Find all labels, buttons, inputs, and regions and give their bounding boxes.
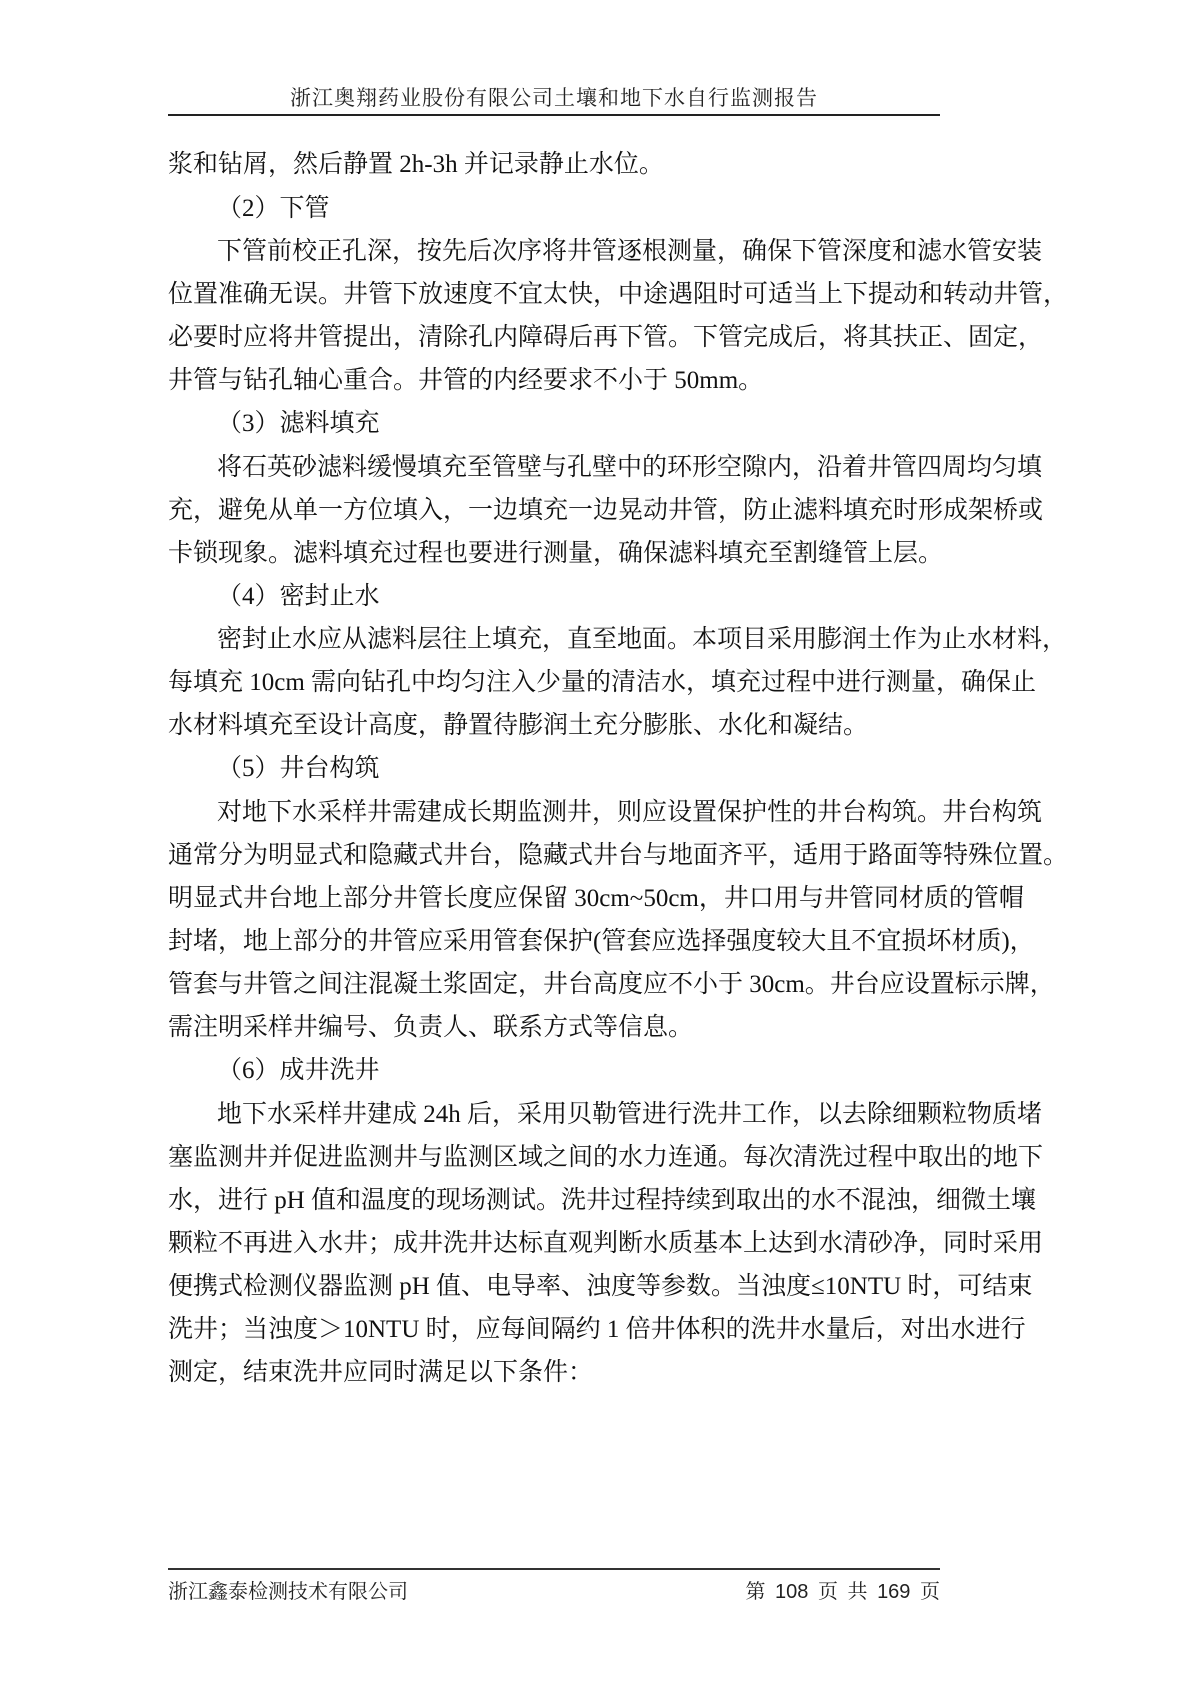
paragraph-line: 对地下水采样井需建成长期监测井，则应设置保护性的井台构筑。井台构筑 [217, 798, 940, 828]
section-heading-sealing: （4）密封止水 [217, 582, 380, 612]
header-divider [168, 114, 940, 116]
paragraph-line: 水材料填充至设计高度，静置待膨润土充分膨胀、水化和凝结。 [168, 711, 940, 741]
paragraph-line: 地下水采样井建成 24h 后，采用贝勒管进行洗井工作，以去除细颗粒物质堵 [217, 1100, 940, 1130]
section-heading-filter-fill: （3）滤料填充 [217, 409, 380, 439]
paragraph-line: 需注明采样井编号、负责人、联系方式等信息。 [168, 1013, 940, 1043]
paragraph-line: 水，进行 pH 值和温度的现场测试。洗井过程持续到取出的水不混浊，细微土壤 [168, 1186, 940, 1216]
page-number: 第 108 页 共 169 页 [745, 1575, 940, 1604]
paragraph-line: 将石英砂滤料缓慢填充至管壁与孔壁中的环形空隙内，沿着井管四周均匀填 [217, 453, 940, 483]
paragraph-line: 位置准确无误。井管下放速度不宜太快，中途遇阻时可适当上下提动和转动井管， [168, 280, 940, 310]
paragraph-line: 封堵，地上部分的井管应采用管套保护(管套应选择强度较大且不宜损坏材质)， [168, 927, 940, 957]
paragraph-line: 卡锁现象。滤料填充过程也要进行测量，确保滤料填充至割缝管上层。 [168, 539, 940, 569]
page-header-title: 浙江奥翔药业股份有限公司土壤和地下水自行监测报告 [168, 82, 940, 112]
paragraph-line: 密封止水应从滤料层往上填充，直至地面。本项目采用膨润土作为止水材料， [217, 625, 940, 655]
paragraph-line: 通常分为明显式和隐藏式井台，隐藏式井台与地面齐平，适用于路面等特殊位置。 [168, 841, 940, 871]
paragraph-line: 管套与井管之间注混凝土浆固定，井台高度应不小于 30cm。井台应设置标示牌， [168, 970, 940, 1000]
paragraph-line: 塞监测井并促进监测井与监测区域之间的水力连通。每次清洗过程中取出的地下 [168, 1143, 940, 1173]
footer-divider [168, 1568, 940, 1570]
paragraph-line: 充，避免从单一方位填入，一边填充一边晃动井管，防止滤料填充时形成架桥或 [168, 496, 940, 526]
paragraph-line: 井管与钻孔轴心重合。井管的内经要求不小于 50mm。 [168, 366, 940, 396]
paragraph-line: 必要时应将井管提出，清除孔内障碍后再下管。下管完成后，将其扶正、固定， [168, 323, 940, 353]
paragraph-line: 洗井；当浊度＞10NTU 时，应每间隔约 1 倍井体积的洗井水量后，对出水进行 [168, 1315, 940, 1345]
paragraph-line: 每填充 10cm 需向钻孔中均匀注入少量的清洁水，填充过程中进行测量，确保止 [168, 668, 940, 698]
paragraph-line: 明显式井台地上部分井管长度应保留 30cm~50cm，井口用与井管同材质的管帽 [168, 884, 940, 914]
paragraph-line: 浆和钻屑，然后静置 2h-3h 并记录静止水位。 [168, 150, 940, 180]
section-heading-well-platform: （5）井台构筑 [217, 754, 380, 784]
paragraph-line: 测定，结束洗井应同时满足以下条件： [168, 1358, 940, 1388]
paragraph-line: 下管前校正孔深，按先后次序将井管逐根测量，确保下管深度和滤水管安装 [217, 237, 940, 267]
paragraph-line: 便携式检测仪器监测 pH 值、电导率、浊度等参数。当浊度≤10NTU 时，可结束 [168, 1272, 940, 1302]
section-heading-pipe-installation: （2）下管 [217, 194, 330, 224]
section-heading-well-washing: （6）成井洗井 [217, 1056, 380, 1086]
paragraph-line: 颗粒不再进入水井；成井洗井达标直观判断水质基本上达到水清砂净，同时采用 [168, 1229, 940, 1259]
footer-company-name: 浙江鑫泰检测技术有限公司 [168, 1575, 408, 1604]
